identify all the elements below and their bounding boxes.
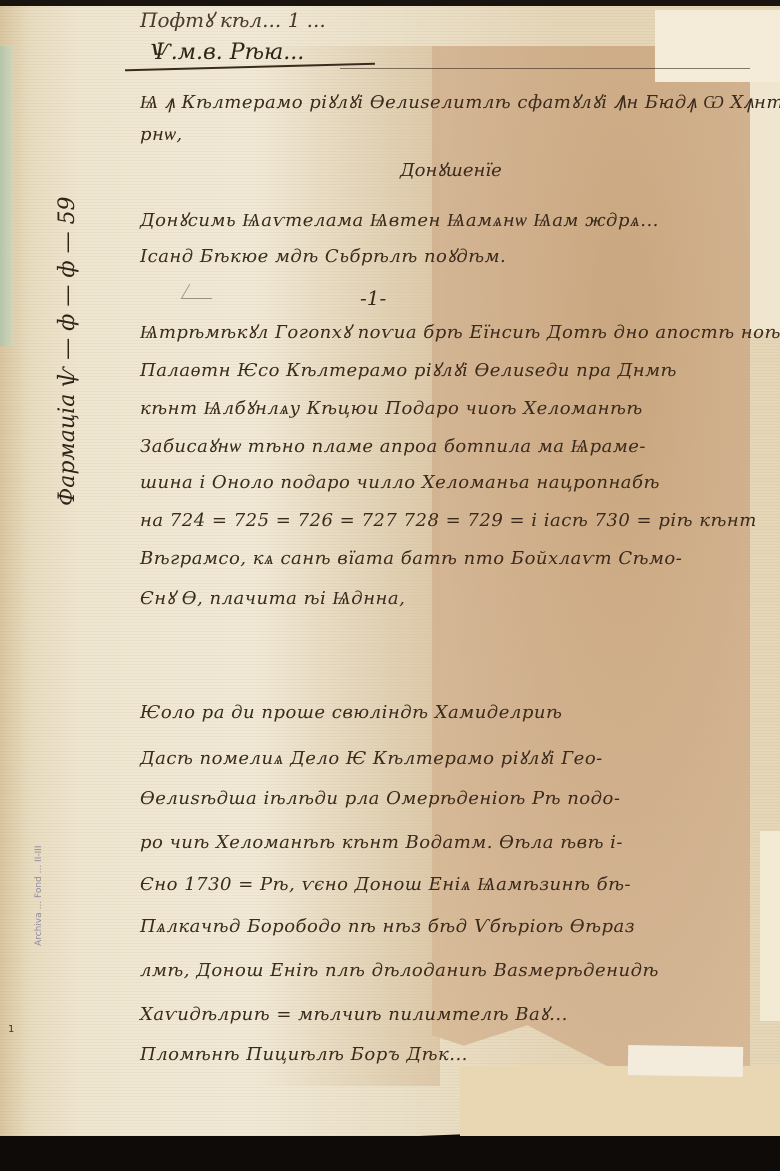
text-line: Ѳелиѕѣдша іѣлѣди рла Омерѣденіоѣ Рѣ подо… — [140, 788, 620, 809]
text-line: Забисаꙋнѡ тѣно пламе апроа ботпила ма Ѩр… — [140, 434, 646, 458]
text-line: лмѣ, Донош Еніѣ плѣ дѣлоданиѣ Ваѕмерѣден… — [140, 960, 659, 981]
paper-strip-top-right — [655, 10, 780, 82]
text-line: Палаѳтн Ѥсо Кѣлтерамо ріꙋлꙋі Ѳелиѕеди пр… — [140, 358, 677, 382]
section-number: -1- — [360, 286, 386, 310]
header-line-2: Ѱ.м.в. Рѣꙗ... — [150, 40, 304, 65]
text-line: Ѩтрѣмѣкꙋл Гогопхꙋ поѵиа брѣ Еїнсиѣ Дотѣ … — [140, 320, 780, 344]
text-line: кѣнт Ѩлбꙋнлѧу Кѣцюи Подаро чиоѣ Хеломанѣ… — [140, 396, 643, 420]
text-line: Єно 1730 = Рѣ, ѵєно Донош Еніѧ Ѩамѣзинѣ … — [140, 874, 631, 895]
header-line-1: Пофтꙋ кѣл... 1 ... — [140, 6, 326, 33]
text-line: на 724 = 725 = 726 = 727 728 = 729 = і і… — [140, 510, 757, 531]
archive-stamp: Archiva ... Fond ... II-III — [34, 726, 44, 946]
text-line: Дасѣ помелиѧ Дело Ѥ Кѣлтерамо ріꙋлꙋі Гео… — [140, 746, 603, 770]
text-line: рнѡ, — [140, 124, 183, 145]
paper-strip-right — [750, 82, 780, 332]
text-line: Донꙋсимь Ѩаѵтелама Ѩвтен Ѩамѧнѡ Ѩам ждрѧ… — [140, 208, 659, 232]
text-line: Ѥоло ра ди проше свюліндѣ Хамиделриѣ — [140, 702, 562, 723]
text-line: Пломѣнѣ Пициѣлѣ Боръ Дѣк... — [140, 1044, 468, 1065]
text-line: шина і Оноло подаро чилло Хеломаньа нацр… — [140, 472, 660, 493]
heading: Донꙋшенїе — [400, 158, 502, 182]
text-line: Хаѵидѣлриѣ = мѣлчиѣ пилимтелѣ Ваꙋ... — [140, 1002, 568, 1026]
header-rule — [340, 68, 750, 69]
page-marker: 1 — [8, 1024, 14, 1035]
paper-strip-right-lower — [760, 831, 780, 1021]
binding-edge — [0, 46, 14, 346]
check-mark-icon — [181, 284, 221, 299]
paper-strip-bottom — [628, 1045, 744, 1077]
margin-annotation: Фармаціа ѱ — ф — ф — 59 — [55, 46, 80, 506]
text-line: ро чиѣ Хеломанѣѣ кѣнт Водатм. Ѳѣла ѣвѣ і… — [140, 832, 623, 853]
text-line: Ісанд Бѣкюе мдѣ Сьбрѣлѣ поꙋдѣм. — [140, 244, 506, 268]
scan-background-bottom — [0, 1136, 780, 1171]
text-line: Пѧлкачѣд Борободо пѣ нѣз бѣд Ѵбѣріоѣ Ѳѣр… — [140, 916, 635, 937]
manuscript-page: Пофтꙋ кѣл... 1 ... Ѱ.м.в. Рѣꙗ... Фармаці… — [0, 6, 780, 1136]
text-line: Ѩ ꙟ Кѣлтерамо ріꙋлꙋі Ѳелиѕелитлѣ сфатꙋлꙋ… — [140, 90, 780, 114]
text-line: Вѣграмсо, кѧ санѣ вїата батѣ пто Бойхлаѵ… — [140, 548, 682, 569]
text-line: Єнꙋ Ѳ, плачита ѣі Ѩднна, — [140, 586, 405, 610]
